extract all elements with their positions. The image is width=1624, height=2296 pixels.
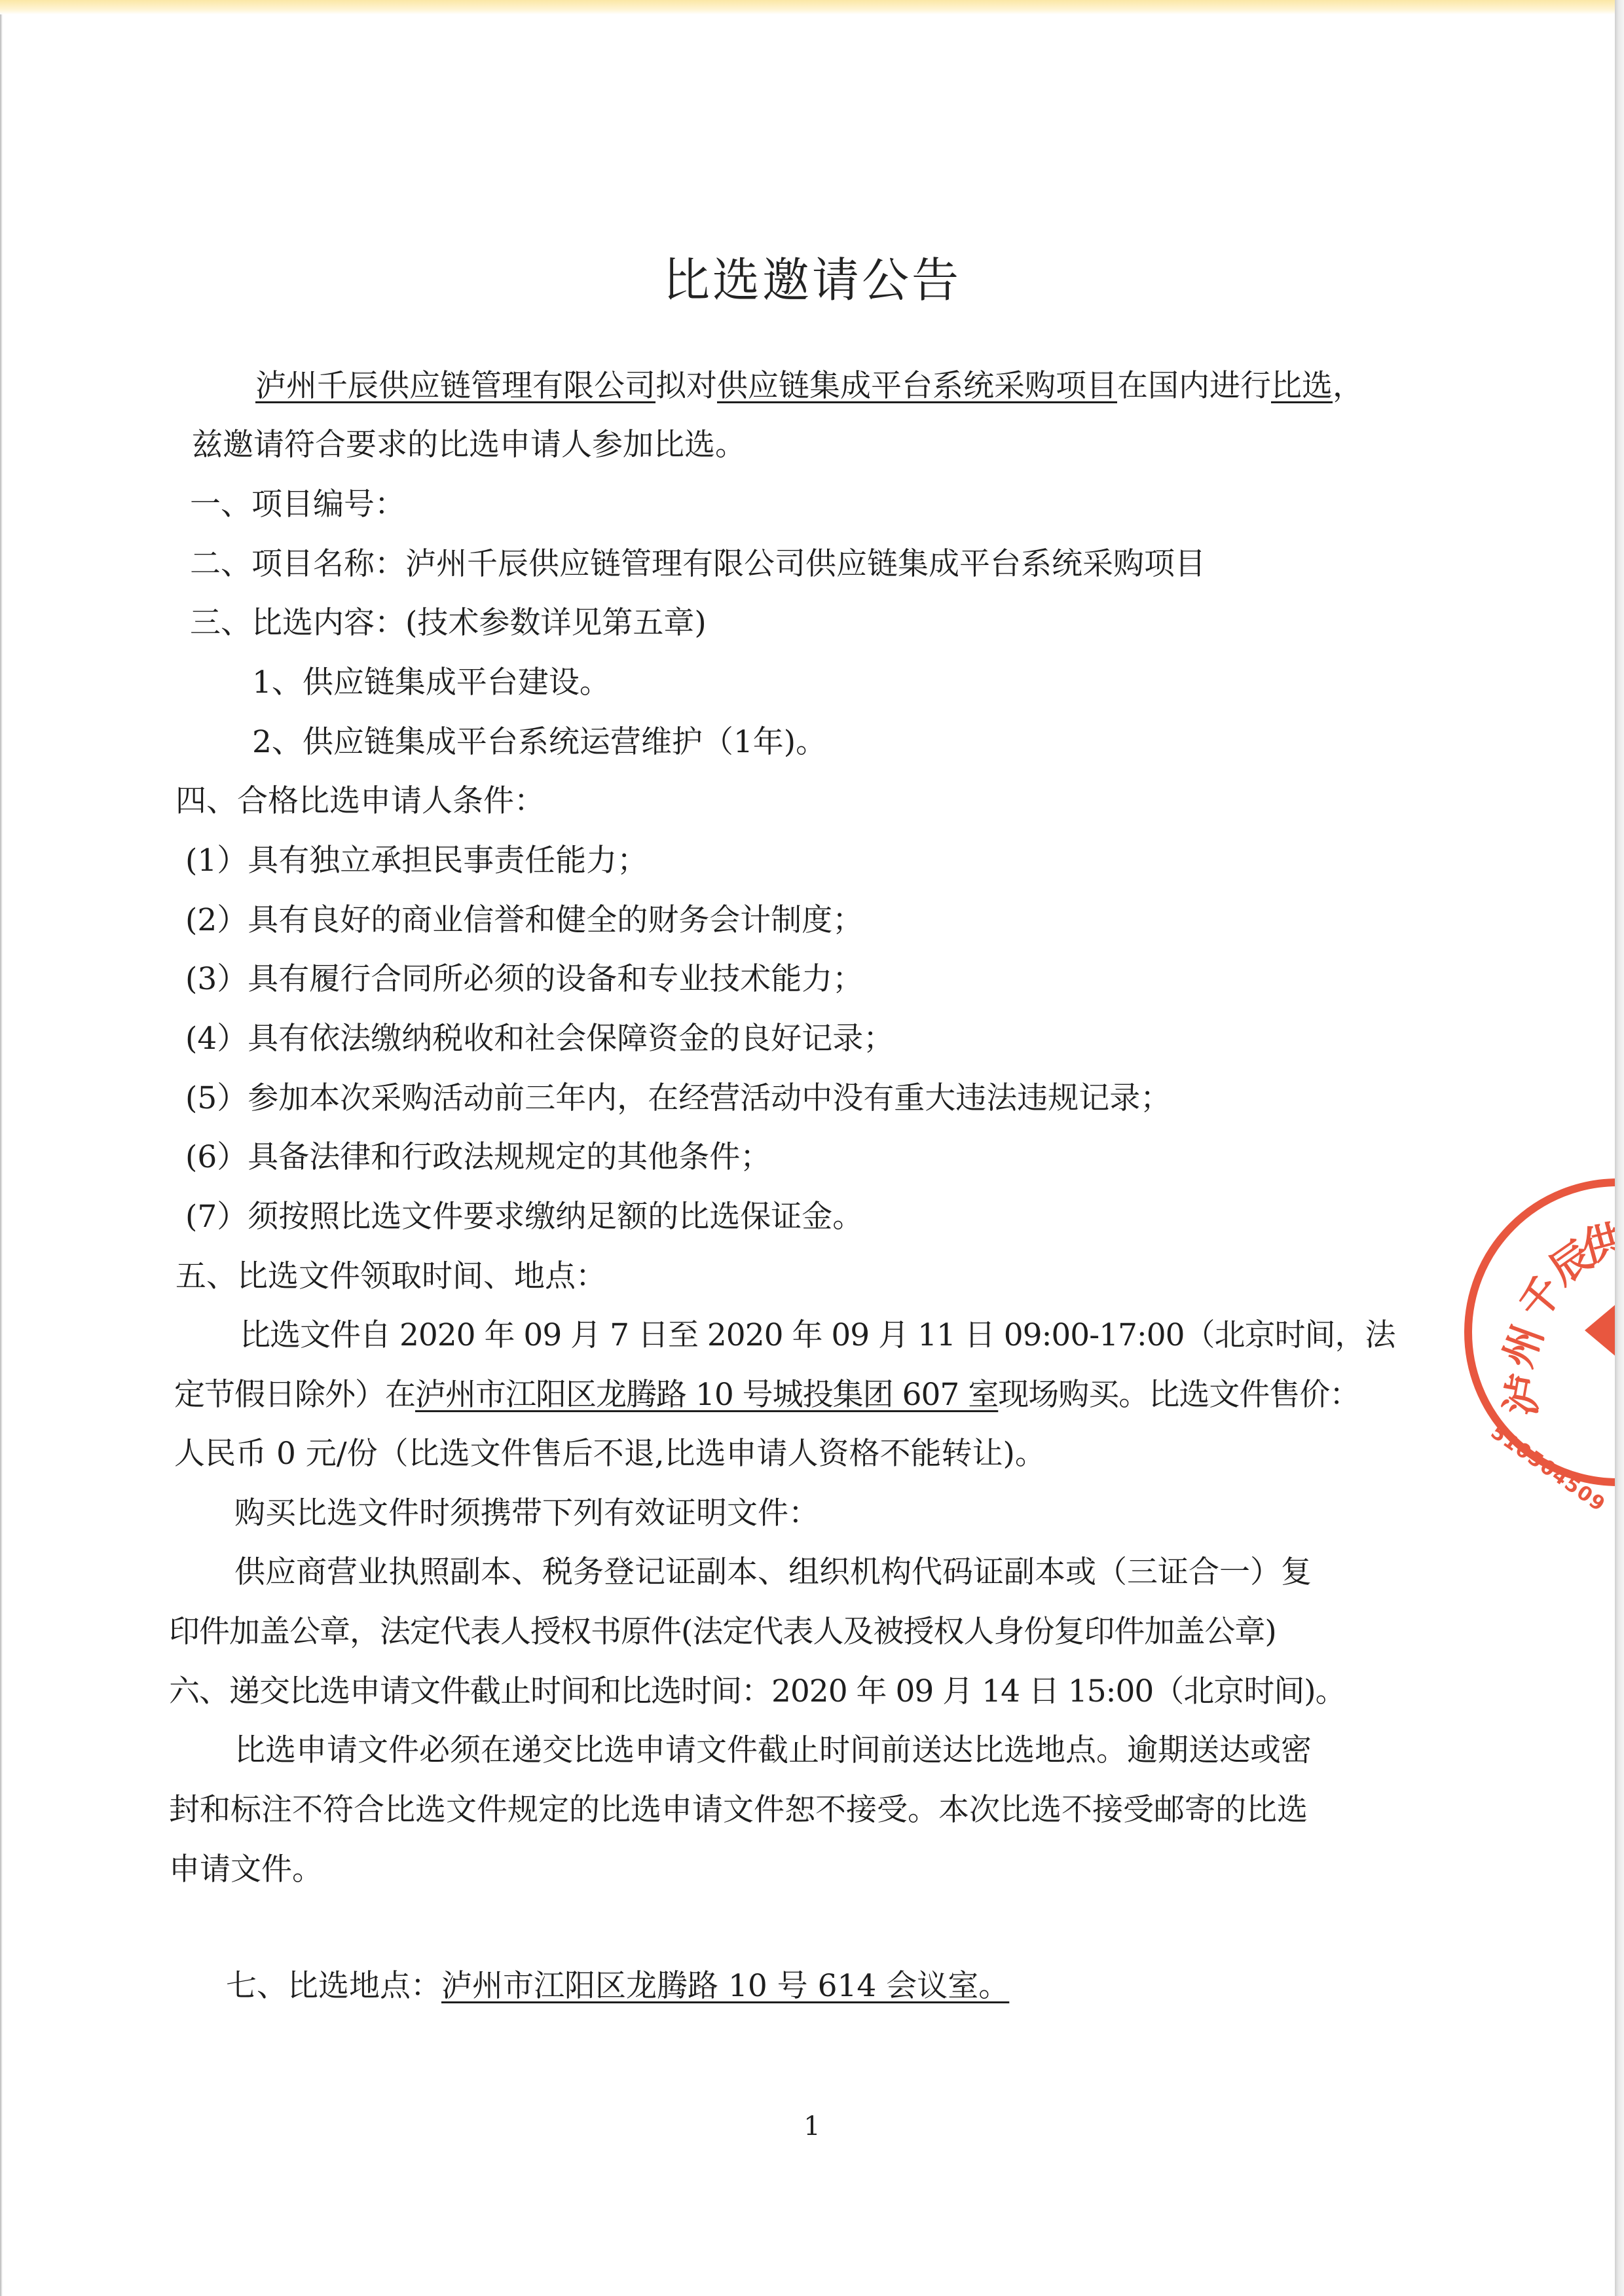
requirement-item-1: (1）具有独立承担民事责任能力； [185, 841, 648, 881]
procurement-method: 比选 [1271, 368, 1333, 404]
selection-venue-address: 泸州市江阳区龙腾路 10 号 614 会议室。 [441, 1968, 1009, 2004]
section-5-p3-line-1: 供应商营业执照副本、税务登记证副本、组织机构代码证副本或（三证合一）复 [234, 1553, 1312, 1592]
section-3-item-1: 1、供应链集成平台建设。 [252, 663, 610, 702]
section-3-item-2: 2、供应链集成平台系统运营维护（1年)。 [252, 723, 826, 762]
section-4-heading: 四、合格比选申请人条件： [175, 782, 545, 821]
p1-line2-text-a: 定节假日除外）在 [174, 1377, 415, 1413]
page-title: 比选邀请公告 [0, 247, 1624, 313]
section-5-heading: 五、比选文件领取时间、地点： [175, 1257, 606, 1296]
section-7-label: 七、比选地点： [226, 1968, 441, 2004]
intro-text-c: ， [1333, 368, 1363, 404]
scan-edge-right [1615, 0, 1624, 2296]
requirement-item-6: (6）具备法律和行政法规规定的其他条件； [185, 1138, 771, 1177]
scan-edge-top [0, 0, 1624, 14]
requirement-item-7: (7）须按照比选文件要求缴纳足额的比选保证金。 [185, 1197, 863, 1237]
section-5-p3-line-2: 印件加盖公章，法定代表人授权书原件(法定代表人及被授权人身份复印件加盖公章) [169, 1613, 1276, 1652]
section-5-p1-line-3: 人民币 0 元/份（比选文件售后不退,比选申请人资格不能转让)。 [174, 1434, 1046, 1474]
section-6-p-line-1: 比选申请文件必须在递交比选申请文件截止时间前送达比选地点。逾期送达或密 [234, 1731, 1312, 1770]
page-number: 1 [0, 2111, 1624, 2141]
seal-star-icon [1585, 1303, 1617, 1358]
section-1-label: 一、项目编号： [190, 486, 405, 522]
section-2-label: 二、项目名称： [190, 546, 405, 582]
section-3-heading: 三、比选内容：(技术参数详见第五章) [190, 604, 707, 643]
section-5-p1-line-1: 比选文件自 2020 年 09 月 7 日至 2020 年 09 月 11 日 … [240, 1316, 1395, 1355]
section-7-heading: 七、比选地点：泸州市江阳区龙腾路 10 号 614 会议室。 [226, 1967, 1009, 2006]
purchase-address: 泸州市江阳区龙腾路 10 号城投集团 607 室 [415, 1377, 998, 1413]
requirement-item-4: (4）具有依法缴纳税收和社会保障资金的良好记录； [185, 1019, 894, 1059]
p1-line2-text-b: 现场购买。比选文件售价： [998, 1377, 1359, 1413]
section-5-p1-line-2: 定节假日除外）在泸州市江阳区龙腾路 10 号城投集团 607 室现场购买。比选文… [174, 1376, 1359, 1415]
scan-edge-left [0, 14, 3, 2296]
project-name-value: 泸州千辰供应链管理有限公司供应链集成平台系统采购项目 [405, 546, 1206, 582]
intro-line-2: 兹邀请符合要求的比选申请人参加比选。 [192, 426, 746, 465]
intro-line-1: 泸州千辰供应链管理有限公司拟对供应链集成平台系统采购项目在国内进行比选， [255, 367, 1363, 406]
section-1-heading: 一、项目编号： [190, 485, 405, 524]
section-5-p2: 购买比选文件时须携带下列有效证明文件： [234, 1494, 819, 1533]
requirement-item-2: (2）具有良好的商业信誉和健全的财务会计制度； [185, 901, 863, 940]
requirement-item-3: (3）具有履行合同所必须的设备和专业技术能力； [185, 960, 863, 999]
intro-text-a: 拟对 [655, 368, 717, 404]
project-name: 供应链集成平台系统采购项目 [717, 368, 1117, 404]
section-2-heading: 二、项目名称：泸州千辰供应链管理有限公司供应链集成平台系统采购项目 [190, 545, 1206, 584]
intro-text-b: 在国内进行 [1117, 368, 1271, 404]
section-6-p-line-3: 申请文件。 [169, 1850, 323, 1889]
section-6-heading: 六、递交比选申请文件截止时间和比选时间：2020 年 09 月 14 日 15:… [169, 1672, 1346, 1711]
section-6-p-line-2: 封和标注不符合比选文件规定的比选申请文件恕不接受。本次比选不接受邮寄的比选 [169, 1791, 1308, 1830]
requirement-item-5: (5）参加本次采购活动前三年内，在经营活动中没有重大违法违规记录； [185, 1079, 1171, 1118]
company-name: 泸州千辰供应链管理有限公司 [255, 368, 655, 404]
